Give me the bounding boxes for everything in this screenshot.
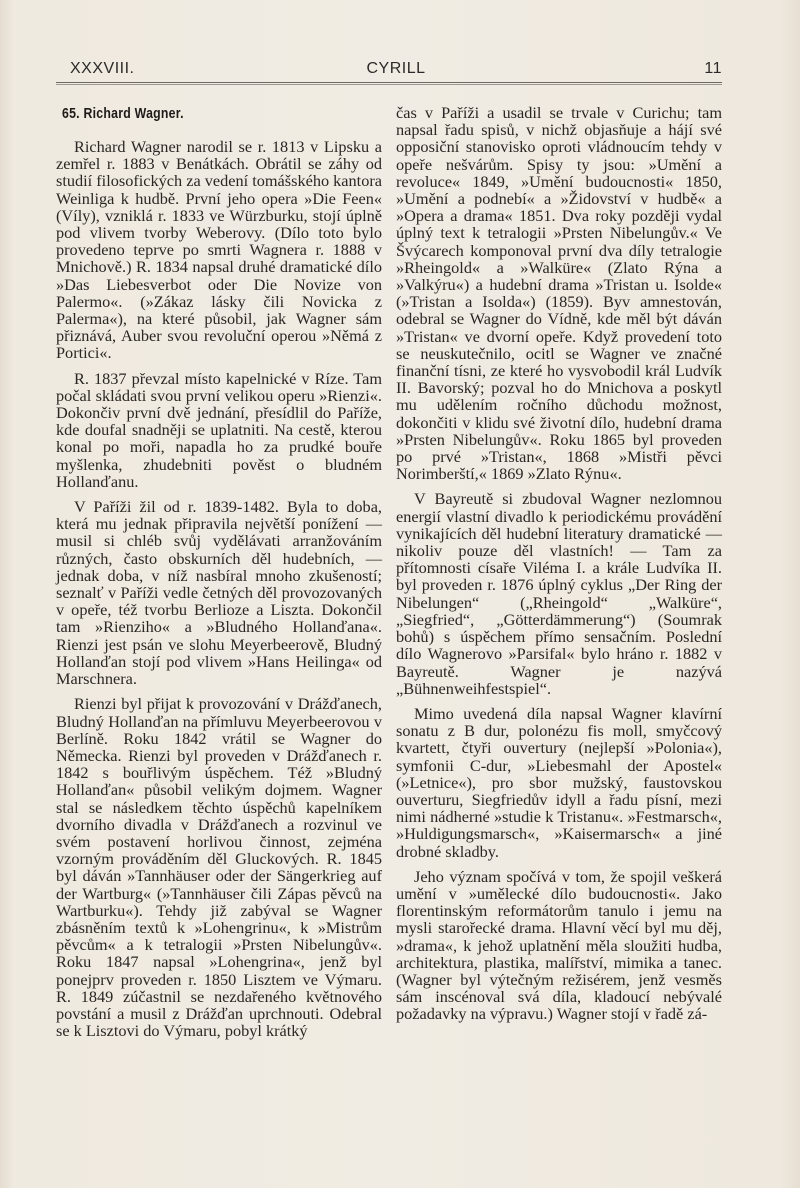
paragraph: Jeho význam spočívá v tom, že spojil veš…: [396, 868, 722, 1023]
book-page: XXXVIII. CYRILL 11 65. Richard Wagner. R…: [0, 0, 800, 1188]
paragraph: R. 1837 převzal místo kapelnické v Ríze.…: [56, 370, 382, 490]
paragraph-continuation: čas v Paříži a usadil se trvale v Curich…: [396, 104, 722, 482]
paragraph: Richard Wagner narodil se r. 1813 v Lips…: [56, 138, 382, 362]
section-heading: 65. Richard Wagner.: [62, 104, 324, 124]
paragraph: V Paříži žil od r. 1839-1482. Byla to do…: [56, 498, 382, 687]
paragraph: Rienzi byl přijat k provozování v Drážďa…: [56, 695, 382, 1039]
running-title: CYRILL: [70, 60, 722, 78]
paragraph: Mimo uvedená díla napsal Wagner klavírní…: [396, 705, 722, 860]
page-number: 11: [704, 60, 722, 78]
header-rule: [56, 82, 722, 85]
left-column: 65. Richard Wagner. Richard Wagner narod…: [56, 104, 382, 1047]
paragraph: V Bayreutě si zbudoval Wagner nezlomnou …: [396, 490, 722, 696]
running-head: XXXVIII. CYRILL 11: [70, 60, 722, 84]
right-column: čas v Paříži a usadil se trvale v Curich…: [396, 104, 722, 1031]
